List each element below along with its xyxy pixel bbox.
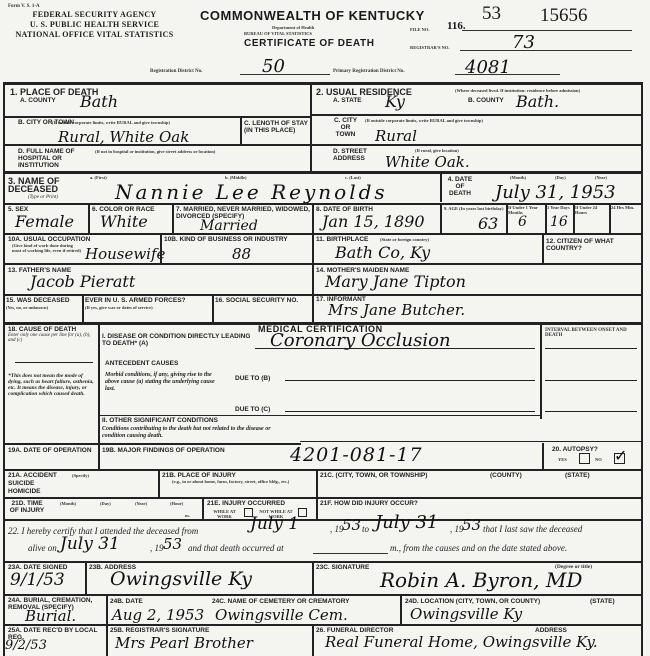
name-note: (Type or Print) [28, 194, 58, 201]
sex-value: Female [15, 212, 74, 231]
to-word: to [362, 526, 369, 533]
interval-label: INTERVAL BETWEEN ONSET AND DEATH [545, 328, 635, 338]
res-state: Ky [385, 92, 405, 111]
burial-location-state-label: (State) [590, 598, 615, 605]
autopsy-label: 20. AUTOPSY? [552, 446, 598, 453]
burial-date-value: Aug 2, 1953 [112, 606, 204, 624]
birthplace-note: (State or foreign country) [380, 237, 429, 242]
burial-value: Burial. [25, 607, 76, 625]
operation-findings-value: 4201-081-17 [290, 444, 423, 466]
armed-forces-note-b: (If yes, give war or dates of service) [85, 305, 153, 310]
agency-line-1: FEDERAL SECURITY AGENCY [2, 10, 187, 20]
birthplace-label: 11. BIRTHPLACE [316, 236, 368, 243]
antecedent-note: Morbid conditions, if any, giving rise t… [105, 372, 220, 393]
other-conditions-note: Conditions contributing to the death but… [102, 426, 292, 440]
time-year-col: (Year) [135, 501, 147, 506]
cause-note: Enter only one cause per line for (a), (… [8, 333, 96, 343]
res-city-label: c. CITY OR TOWN [333, 117, 358, 138]
place-of-injury-label: 21b. PLACE OF INJURY [162, 472, 236, 479]
informant-value: Mrs Jane Butcher. [328, 301, 465, 319]
age-hours-label: If Under 24 Hours [575, 205, 609, 215]
department: Department of Health [272, 25, 314, 30]
death-county: Bath [80, 92, 118, 111]
ssn-label: 16. SOCIAL SECURITY NO. [215, 297, 310, 304]
marital-value: Married [200, 218, 258, 234]
dod-day-col: (Day) [555, 175, 566, 180]
registrar-signature: Mrs Pearl Brother [115, 634, 253, 652]
death-certificate: Form V. S. 1-A FEDERAL SECURITY AGENCY U… [0, 0, 650, 656]
res-state-label: a. STATE [333, 97, 362, 104]
business-value: 88 [232, 245, 251, 263]
hospital-note: (If not in hospital or institution, give… [95, 149, 300, 154]
armed-forces-note-a: (Yes, no, or unknown) [6, 305, 48, 310]
while-at-work-label: WHILE AT WORK [207, 509, 242, 519]
dob-value: Jan 15, 1890 [322, 212, 425, 231]
autopsy-no-label: NO [595, 457, 602, 462]
age-months: 6 [518, 214, 527, 230]
attended-to-year: 53 [462, 516, 481, 534]
res-city-note: (If outside corporate limits, write RURA… [365, 118, 483, 123]
hospital-label: d. FULL NAME OF HOSPITAL OR INSTITUTION [18, 148, 88, 169]
cause-footnote: *This does not mean the mode of dying, s… [8, 373, 96, 397]
county-label: a. COUNTY [20, 97, 56, 104]
primary-reg-district-label: Primary Registration District No. [333, 69, 405, 74]
city-note: (If outside corporate limits, write RURA… [52, 120, 232, 125]
res-county-label: b. COUNTY [468, 97, 504, 104]
citizen-label: 12. CITIZEN OF WHAT COUNTRY? [546, 238, 638, 252]
cemetery-label: 24c. NAME OF CEMETERY OR CREMATORY [212, 598, 349, 605]
age-years: 63 [478, 214, 498, 233]
physician-signature: Robin A. Byron, MD [380, 568, 582, 592]
attended-from-date: July 1 [250, 514, 299, 534]
occupation-label: 10a. USUAL OCCUPATION [8, 236, 90, 243]
age-label: 9. AGE (In years last birthday) [444, 206, 504, 211]
alive-on-label: alive on [28, 545, 57, 552]
how-injury-label: 21f. HOW DID INJURY OCCUR? [320, 500, 418, 507]
birthplace-value: Bath Co, Ky [335, 243, 430, 262]
burial-location-label: 24d. LOCATION (City, town, or county) [405, 598, 540, 605]
autopsy-checkmark: ✓ [614, 446, 627, 465]
bureau: BUREAU OF VITAL STATISTICS [244, 31, 312, 36]
time-month-col: (Month) [60, 501, 76, 506]
name-label: 3. NAME OF DECEASED [8, 177, 88, 193]
time-of-injury-label: 21d. TIME OF INJURY [8, 500, 46, 514]
autopsy-yes-checkbox[interactable] [579, 453, 590, 464]
cemetery-value: Owingsville Cem. [215, 606, 348, 624]
armed-forces-label-a: 15. WAS DECEASED [6, 297, 70, 304]
other-conditions-label: II. OTHER SIGNIFICANT CONDITIONS [102, 417, 218, 424]
res-county: Bath. [516, 92, 559, 111]
place-of-injury-note: (e.g., in or about home, farm, factory, … [172, 479, 302, 484]
due-to-b-label: DUE TO (b) [235, 375, 270, 382]
deceased-full-name: Nannie Lee Reynolds [115, 180, 388, 204]
age-days-label: 1 Year Days [547, 205, 575, 210]
date-of-death: July 31, 1953 [495, 182, 616, 203]
certificate-title: CERTIFICATE OF DEATH [244, 38, 375, 49]
res-street: White Oak. [385, 153, 470, 171]
accident-label: 21a. ACCIDENT SUICIDE HOMICIDE [8, 472, 63, 496]
injury-state-label: (STATE) [565, 472, 590, 479]
date-of-death-label: 4. DATE OF DEATH [445, 176, 475, 197]
rec-date-value: 9/2/53 [5, 638, 47, 653]
date-signed-value: 9/1/53 [10, 570, 65, 590]
dod-year-col: (Year) [595, 175, 607, 180]
form-number: Form V. S. 1-A [8, 4, 40, 9]
length-of-stay-label: c. LENGTH OF STAY (in this place) [244, 120, 310, 134]
operation-date-label: 19a. DATE OF OPERATION [8, 447, 98, 454]
first-name-label: a. (First) [90, 175, 107, 180]
attended-from-year: 53 [342, 516, 361, 534]
injury-occurred-label: 21e. INJURY OCCURRED [207, 500, 285, 507]
res-city: Rural [375, 127, 417, 145]
business-label: 10b. KIND OF BUSINESS OR INDUSTRY [164, 236, 309, 243]
due-to-c-label: DUE TO (c) [235, 406, 270, 413]
armed-forces-label-b: EVER IN U. S. ARMED FORCES? [85, 297, 186, 304]
attended-to-date: July 31 [375, 512, 438, 533]
injury-county-label: (COUNTY) [490, 472, 522, 479]
time-hour-col: (Hour) [170, 501, 183, 506]
accident-note: (Specify) [72, 473, 89, 478]
autopsy-yes-label: YES [558, 457, 567, 462]
burial-location-value: Owingsville Ky [410, 605, 522, 623]
registrars-no-label: REGISTRAR'S NO. [410, 45, 450, 50]
physician-address: Owingsville Ky [110, 568, 252, 590]
disease-label: I. DISEASE OR CONDITION DIRECTLY LEADING… [102, 333, 252, 347]
mother-name: Mary Jane Tipton [325, 272, 466, 291]
age-days: 16 [550, 214, 568, 230]
certify-text-3: and that death occurred at [188, 545, 284, 552]
certify-text-4: m., from the causes and on the date stat… [390, 545, 567, 552]
alive-on-date: July 31 [60, 534, 120, 554]
agency-line-3: NATIONAL OFFICE VITAL STATISTICS [2, 30, 187, 40]
antecedent-label: ANTECEDENT CAUSES [105, 360, 178, 367]
agency-block: FEDERAL SECURITY AGENCY U. S. PUBLIC HEA… [2, 10, 187, 40]
age-min-label: 24 Hrs Min. [611, 205, 641, 210]
signature-label: 23c. SIGNATURE [316, 564, 369, 571]
agency-line-2: U. S. PUBLIC HEALTH SERVICE [2, 20, 187, 30]
dod-month-col: (Month) [510, 175, 526, 180]
alive-on-year: 53 [163, 535, 182, 553]
registrar-signature-label: 25b. REGISTRAR'S SIGNATURE [110, 627, 209, 634]
file-no-label: FILE NO. [410, 27, 430, 32]
state-title: COMMONWEALTH OF KENTUCKY [200, 8, 425, 23]
certify-text-2: that I last saw the deceased [483, 526, 582, 533]
reg-district-label: Registration District No. [150, 69, 202, 74]
injury-city-label: 21c. (CITY, TOWN, OR TOWNSHIP) [320, 472, 427, 479]
operation-findings-label: 19b. MAJOR FINDINGS OF OPERATION [102, 447, 225, 454]
not-while-at-work-checkbox[interactable] [298, 508, 307, 517]
color-value: White [100, 212, 148, 231]
file-no-stamp-a: 53 [482, 3, 501, 25]
time-day-col: (Day) [100, 501, 111, 506]
father-name: Jacob Pieratt [30, 272, 135, 291]
res-street-label: d. STREET ADDRESS [333, 148, 373, 162]
cause-of-death-label: 18. CAUSE OF DEATH [8, 326, 76, 333]
file-no-stamp-b: 15656 [540, 5, 588, 27]
time-m: m. [185, 513, 190, 518]
funeral-director-value: Real Funeral Home, Owingsville Ky. [325, 633, 598, 651]
burial-date-label: 24b. DATE [110, 598, 143, 605]
occupation-value: Housewife [85, 245, 165, 263]
occupation-note: (Give kind of work done during most of w… [12, 243, 82, 253]
